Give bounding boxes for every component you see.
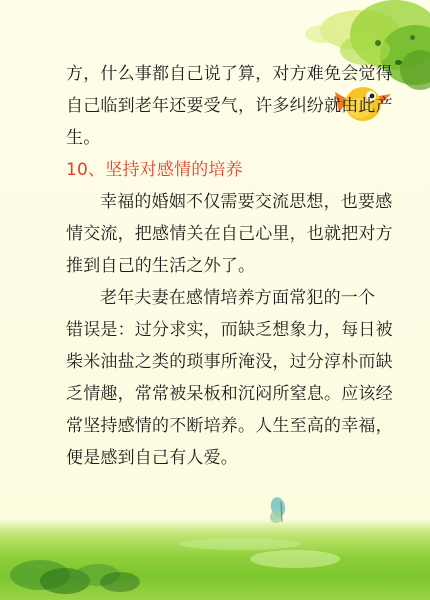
text-line: 幸福的婚姻不仅需要交流思想，也要感	[66, 186, 386, 218]
text-line: 乏情趣，常常被呆板和沉闷所窒息。应该经	[66, 378, 386, 410]
section-heading: 10、坚持对感情的培养	[66, 154, 386, 186]
article-body: 方，什么事都自己说了算，对方难免会觉得 自己临到老年还要受气，许多纠纷就由此产 …	[66, 58, 386, 474]
paragraph-continuation: 方，什么事都自己说了算，对方难免会觉得 自己临到老年还要受气，许多纠纷就由此产 …	[66, 58, 386, 154]
paragraph-1: 幸福的婚姻不仅需要交流思想，也要感 情交流，把感情关在自己心里，也就把对方 推到…	[66, 186, 386, 282]
paragraph-2: 老年夫妻在感情培养方面常犯的一个 错误是：过分求实，而缺乏想象力，每日被 柴米油…	[66, 282, 386, 474]
text-line: 柴米油盐之类的琐事所淹没，过分淳朴而缺	[66, 346, 386, 378]
document-page: 方，什么事都自己说了算，对方难免会觉得 自己临到老年还要受气，许多纠纷就由此产 …	[0, 0, 430, 600]
text-line: 便是感到自己有人爱。	[66, 442, 386, 474]
text-line: 常坚持感情的不断培养。人生至高的幸福，	[66, 410, 386, 442]
text-line: 方，什么事都自己说了算，对方难免会觉得	[66, 58, 386, 90]
text-line: 错误是：过分求实，而缺乏想象力，每日被	[66, 314, 386, 346]
text-line: 情交流，把感情关在自己心里，也就把对方	[66, 218, 386, 250]
text-line: 自己临到老年还要受气，许多纠纷就由此产	[66, 90, 386, 122]
grass-meadow-decoration	[0, 520, 430, 600]
text-line: 推到自己的生活之外了。	[66, 250, 386, 282]
text-line: 生。	[66, 122, 386, 154]
text-line: 老年夫妻在感情培养方面常犯的一个	[66, 282, 386, 314]
